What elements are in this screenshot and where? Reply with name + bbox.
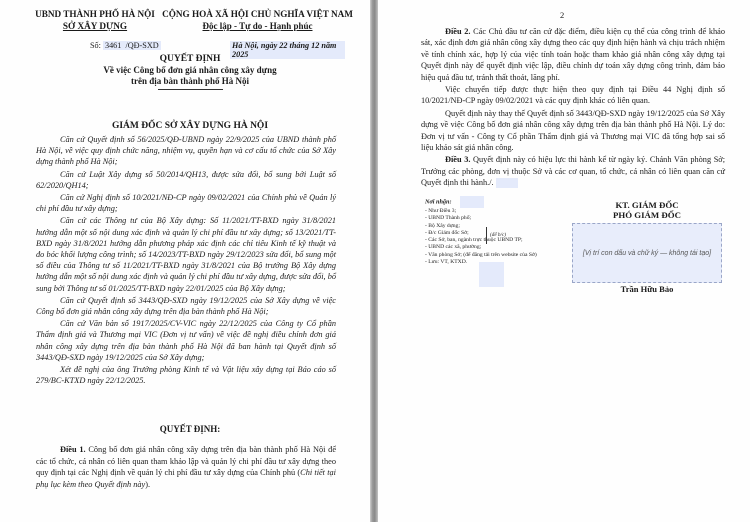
transition-clause: Việc chuyển tiếp được thực hiện theo quy… <box>421 84 725 107</box>
issuer-city: UBND THÀNH PHỐ HÀ NỘI <box>35 8 155 20</box>
article-2: Điều 2. Các Chủ đầu tư căn cứ đặc điểm, … <box>421 26 725 83</box>
page-divider <box>370 0 378 522</box>
title-subject-2: trên địa bàn thành phố Hà Nội <box>30 76 350 87</box>
recipients-heading: Nơi nhận: <box>425 198 452 205</box>
seal-signature-placeholder: [Vị trí con dấu và chữ ký — không tái tạ… <box>572 223 722 283</box>
signer-position: PHÓ GIÁM ĐỐC <box>572 210 722 220</box>
initial-mark-icon <box>496 178 518 188</box>
document-title: QUYẾT ĐỊNH Về việc Công bố đơn giá nhân … <box>30 54 350 90</box>
title-subject-1: Về việc Công bố đơn giá nhân công xây dự… <box>30 65 350 76</box>
national-heading: CỘNG HOÀ XÃ HỘI CHỦ NGHĨA VIỆT NAM Độc l… <box>155 8 360 32</box>
legal-basis: Căn cứ Nghị định số 10/2021/NĐ-CP ngày 0… <box>36 192 336 214</box>
article-1-label: Điều 1. <box>60 445 86 454</box>
issuer-department: SỞ XÂY DỰNG <box>35 20 155 32</box>
page-1: UBND THÀNH PHỐ HÀ NỘI SỞ XÂY DỰNG CỘNG H… <box>0 0 370 522</box>
legal-basis: Căn cứ Văn bản số 1917/2025/CV-VIC ngày … <box>36 318 336 363</box>
title-main: QUYẾT ĐỊNH <box>30 54 350 65</box>
signer-authority: KT. GIÁM ĐỐC <box>572 200 722 210</box>
legal-basis: Căn cứ các Thông tư của Bộ Xây dựng: Số … <box>36 215 336 293</box>
legal-basis: Xét đề nghị của ông Trưởng phòng Kinh tế… <box>36 364 336 386</box>
page-number: 2 <box>560 10 564 20</box>
issuer-block: UBND THÀNH PHỐ HÀ NỘI SỞ XÂY DỰNG <box>35 8 155 32</box>
doc-number-value: 3461 /QĐ-SXD <box>103 41 161 50</box>
recipients-bracket-note: (để b/c) <box>486 227 506 244</box>
article-3: Điều 3. Quyết định này có hiệu lực thi h… <box>421 154 725 188</box>
doc-number-label: Số: <box>90 41 101 50</box>
decision-heading: QUYẾT ĐỊNH: <box>30 424 350 434</box>
initial-mark-icon <box>479 262 504 287</box>
document-number: Số: 3461 /QĐ-SXD <box>90 41 161 50</box>
page-2-body: Điều 2. Các Chủ đầu tư căn cứ đặc điểm, … <box>421 26 725 190</box>
signer-name: Trần Hữu Bảo <box>572 284 722 294</box>
article-1: Điều 1. Công bố đơn giá nhân công xây dự… <box>36 444 336 490</box>
legal-basis: Căn cứ Quyết định số 3443/QĐ-SXD ngày 19… <box>36 295 336 317</box>
national-motto: Độc lập - Tự do - Hạnh phúc <box>155 20 360 32</box>
signature-block: KT. GIÁM ĐỐC PHÓ GIÁM ĐỐC [Vị trí con dấ… <box>572 200 722 294</box>
replacement-clause: Quyết định này thay thế Quyết định số 34… <box>421 108 725 154</box>
initial-mark-icon <box>460 196 484 208</box>
title-underline <box>158 89 223 90</box>
nation-name: CỘNG HOÀ XÃ HỘI CHỦ NGHĨA VIỆT NAM <box>155 8 360 20</box>
legal-basis: Căn cứ Luật Xây dựng số 50/2014/QH13, đư… <box>36 169 336 191</box>
legal-basis: Căn cứ Quyết định số 56/2025/QĐ-UBND ngà… <box>36 134 336 168</box>
authority-heading: GIÁM ĐỐC SỞ XÂY DỰNG HÀ NỘI <box>30 121 350 131</box>
legal-bases: Căn cứ Quyết định số 56/2025/QĐ-UBND ngà… <box>36 134 336 387</box>
